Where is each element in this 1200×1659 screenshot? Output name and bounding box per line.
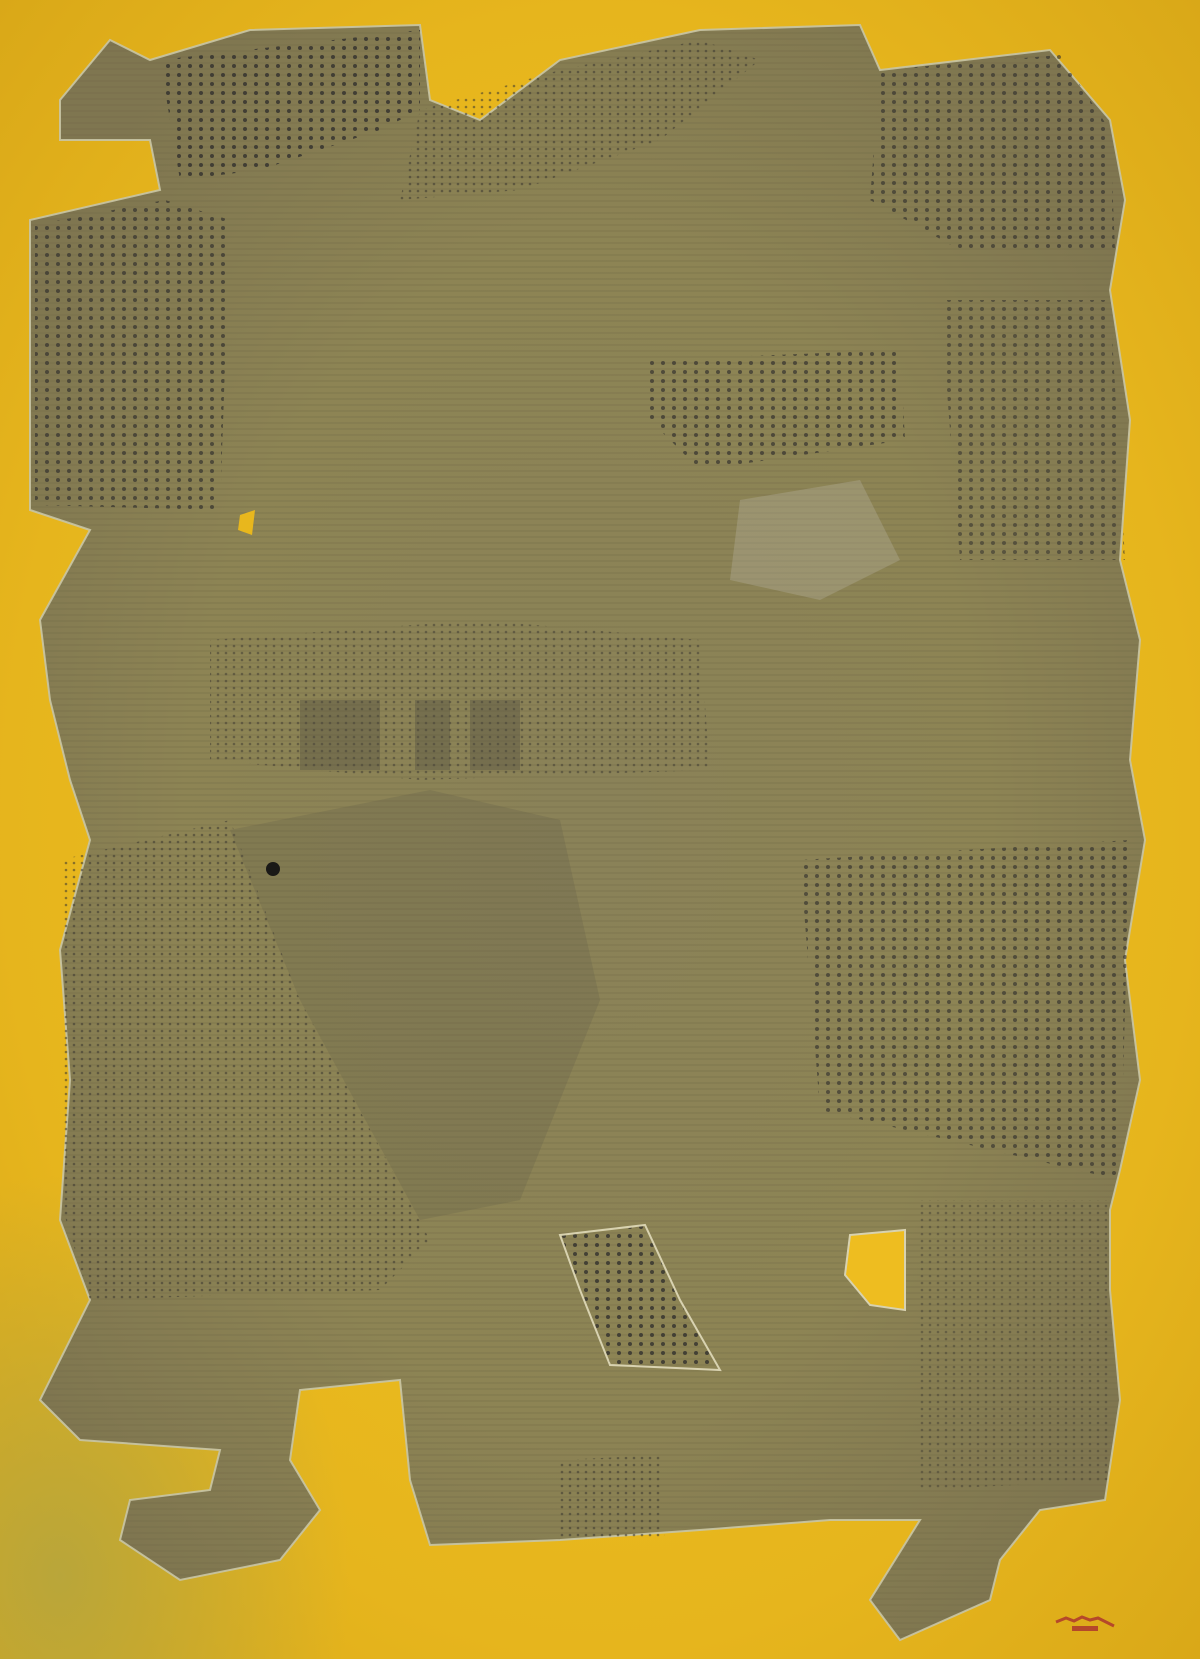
dots-center-band (210, 620, 710, 780)
painting-canvas (0, 0, 1200, 1659)
dots-bottom-center (560, 1455, 665, 1540)
dots-bottom-right (920, 1200, 1110, 1490)
dots-right-column (940, 300, 1125, 560)
collage-artwork (0, 0, 1200, 1659)
artist-signature (1052, 1608, 1122, 1634)
dots-left-block (35, 200, 230, 510)
ink-dot (266, 862, 280, 876)
